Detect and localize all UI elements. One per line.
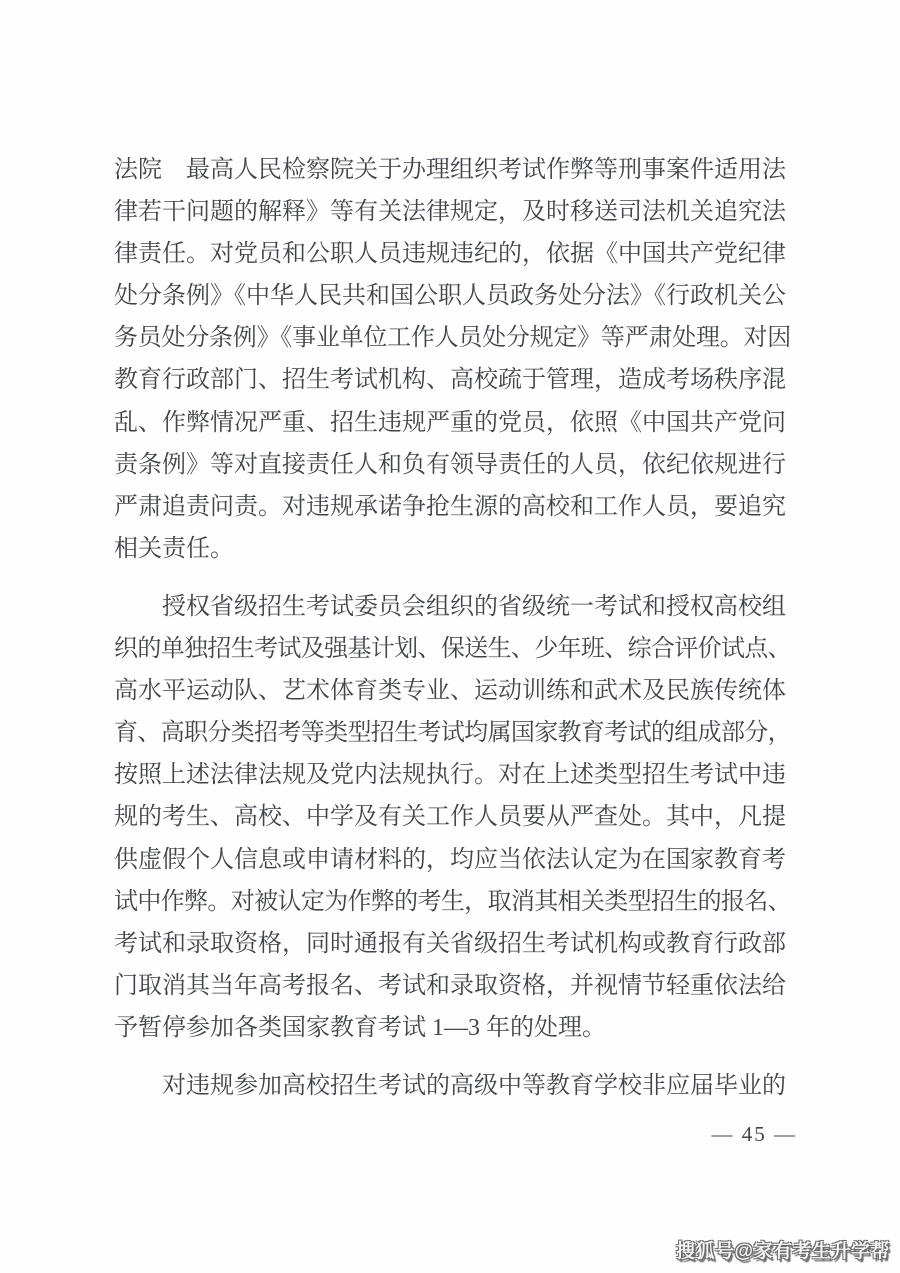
document-page: 法院 最高人民检察院关于办理组织考试作弊等刑事案件适用法律若干问题的解释》等有关… bbox=[0, 0, 900, 1273]
text-line: 规的考生、高校、中学及有关工作人员要从严查处。其中，凡提 bbox=[114, 796, 791, 838]
paragraph: 法院 最高人民检察院关于办理组织考试作弊等刑事案件适用法律若干问题的解释》等有关… bbox=[114, 149, 791, 570]
watermark-sohu: 搜狐号@家有考生升学帮 bbox=[676, 1240, 890, 1264]
text-line: 考试和录取资格，同时通报有关省级招生考试机构或教育行政部 bbox=[114, 923, 791, 965]
text-line: 供虚假个人信息或申请材料的，均应当依法认定为在国家教育考 bbox=[114, 839, 791, 881]
text-line: 教育行政部门、招生考试机构、高校疏于管理，造成考场秩序混 bbox=[114, 359, 791, 401]
text-line: 相关责任。 bbox=[114, 528, 791, 570]
text-line: 织的单独招生考试及强基计划、保送生、少年班、综合评价试点、 bbox=[114, 628, 791, 670]
text-line: 严肃追责问责。对违规承诺争抢生源的高校和工作人员，要追究 bbox=[114, 486, 791, 528]
page-number: — 45 — bbox=[712, 1121, 798, 1147]
text-line: 律若干问题的解释》等有关法律规定，及时移送司法机关追究法 bbox=[114, 191, 791, 233]
text-line: 授权省级招生考试委员会组织的省级统一考试和授权高校组 bbox=[114, 586, 791, 628]
text-line: 门取消其当年高考报名、考试和录取资格，并视情节轻重依法给 bbox=[114, 965, 791, 1007]
text-line: 律责任。对党员和公职人员违规违纪的，依据《中国共产党纪律 bbox=[114, 233, 791, 275]
text-line: 试中作弊。对被认定为作弊的考生，取消其相关类型招生的报名、 bbox=[114, 881, 791, 923]
paragraph: 对违规参加高校招生考试的高级中等教育学校非应届毕业的 bbox=[114, 1065, 791, 1107]
document-body: 法院 最高人民检察院关于办理组织考试作弊等刑事案件适用法律若干问题的解释》等有关… bbox=[114, 149, 791, 1123]
text-line: 予暂停参加各类国家教育考试 1—3 年的处理。 bbox=[114, 1007, 791, 1049]
text-line: 对违规参加高校招生考试的高级中等教育学校非应届毕业的 bbox=[114, 1065, 791, 1107]
text-line: 责条例》等对直接责任人和负有领导责任的人员，依纪依规进行 bbox=[114, 444, 791, 486]
text-line: 按照上述法律法规及党内法规执行。对在上述类型招生考试中违 bbox=[114, 754, 791, 796]
text-line: 育、高职分类招考等类型招生考试均属国家教育考试的组成部分， bbox=[114, 712, 791, 754]
paragraph: 授权省级招生考试委员会组织的省级统一考试和授权高校组织的单独招生考试及强基计划、… bbox=[114, 586, 791, 1049]
text-line: 处分条例》《中华人民共和国公职人员政务处分法》《行政机关公 bbox=[114, 275, 791, 317]
text-line: 法院 最高人民检察院关于办理组织考试作弊等刑事案件适用法 bbox=[114, 149, 791, 191]
text-line: 务员处分条例》《事业单位工作人员处分规定》等严肃处理。对因 bbox=[114, 317, 791, 359]
text-line: 乱、作弊情况严重、招生违规严重的党员，依照《中国共产党问 bbox=[114, 402, 791, 444]
text-line: 高水平运动队、艺术体育类专业、运动训练和武术及民族传统体 bbox=[114, 670, 791, 712]
